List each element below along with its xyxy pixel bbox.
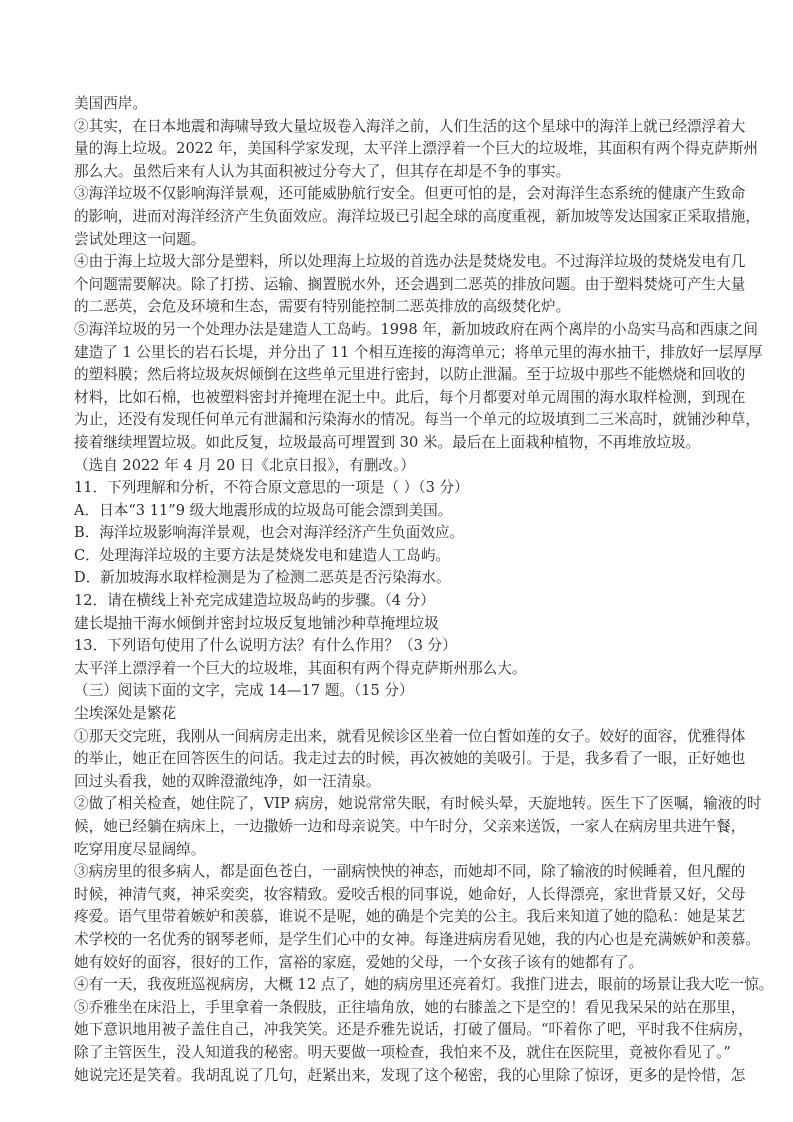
- paragraph-line: 材料，比如石棉，也被塑料密封并掩埋在泥土中。此后，每个月都要对单元周围的海水取样…: [74, 387, 724, 410]
- paragraph-line: 尝试处理这一问题。: [74, 229, 724, 252]
- paragraph-line: 回过头看我，她的双眸澄澈纯净，如一汪清泉。: [74, 771, 724, 794]
- question-11-option-b: B．海洋垃圾影响海洋景观，也会对海洋经济产生负面效应。: [74, 522, 724, 545]
- question-13-sentence: 太平洋上漂浮着一个巨大的垃圾堆，其面积有两个得克萨斯州那么大。: [74, 658, 724, 681]
- paragraph-line: 建造了 1 公里长的岩石长堤，并分出了 11 个相互连接的海湾单元；将单元里的海…: [74, 342, 724, 365]
- paragraph-line: 为止，还没有发现任何单元有泄漏和污染海水的情况。每当一个单元的垃圾填到二三米高时…: [74, 409, 724, 432]
- paragraph-line: 疼爱。语气里带着嫉妒和羡慕，谁说不是呢，她的确是个完美的公主。我后来知道了她的隐…: [74, 906, 724, 929]
- paragraph-line: 时候，神清气爽，神采奕奕，妆容精致。爱咬舌根的同事说，她命好，人长得漂亮，家世背…: [74, 884, 724, 907]
- paragraph-line: 术学校的一名优秀的钢琴老师，是学生们心中的女神。每逢进病房看见她，我的内心也是充…: [74, 929, 724, 952]
- paragraph-line: ④有一天，我夜班巡视病房，大概 12 点了，她的病房里还亮着灯。我推门进去，眼前…: [74, 974, 724, 997]
- paragraph-line: 那么大。虽然后来有人认为其面积被过分夸大了，但其存在却是不争的事实。: [74, 161, 724, 184]
- paragraph-line: 除了主管医生，没人知道我的秘密。明天要做一项检查，我怕来不及，就住在医院里，竟被…: [74, 1042, 724, 1065]
- paragraph-line: 候，她已经躺在病床上，一边撒娇一边和母亲说笑。中午时分，父亲来送饭，一家人在病房…: [74, 816, 724, 839]
- paragraph-line: 个问题需要解决。除了打捞、运输、搁置脱水外，还会遇到二恶英的排放问题。由于塑料焚…: [74, 274, 724, 297]
- paragraph-line: 的塑料膜；然后将垃圾灰烬倾倒在这些单元里进行密封，以防止泄漏。至于垃圾中那些不能…: [74, 364, 724, 387]
- paragraph-line: 吃穿用度尽显阔绰。: [74, 839, 724, 862]
- paragraph-line: ⑤海洋垃圾的另一个处理办法是建造人工岛屿。1998 年，新加坡政府在两个离岸的小…: [74, 319, 724, 342]
- paragraph-line: 的举止，她正在回答医生的问话。我走过去的时候，再次被她的美吸引。于是，我多看了一…: [74, 748, 724, 771]
- paragraph-line: ②其实，在日本地震和海啸导致大量垃圾卷入海洋之前，人们生活的这个星球中的海洋上就…: [74, 116, 724, 139]
- question-11-stem: 11．下列理解和分析，不符合原文意思的一项是（ ）（3 分）: [74, 477, 724, 500]
- paragraph-line: ②做了相关检查，她住院了，VIP 病房，她说常常失眠，有时候头晕，天旋地转。医生…: [74, 793, 724, 816]
- question-11-option-a: A．日本“3 11”9 级大地震形成的垃圾岛可能会漂到美国。: [74, 500, 724, 523]
- paragraph-line: 她有姣好的面容，很好的工作，富裕的家庭，爱她的父母，一个女孩子该有的她都有了。: [74, 952, 724, 975]
- paragraph-line: 量的海上垃圾。2022 年，美国科学家发现，太平洋上漂浮着一个巨大的垃圾堆，其面…: [74, 138, 724, 161]
- section-heading: （三）阅读下面的文字，完成 14—17 题。（15 分）: [74, 680, 724, 703]
- paragraph-line: 美国西岸。: [74, 93, 724, 116]
- paragraph-line: 接着继续埋置垃圾。如此反复，垃圾最高可埋置到 30 米。最后在上面栽种植物，不再…: [74, 432, 724, 455]
- paragraph-line: ④由于海上垃圾大部分是塑料，所以处理海上垃圾的首选办法是焚烧发电。不过海洋垃圾的…: [74, 251, 724, 274]
- source-citation: （选自 2022 年 4 月 20 日《北京日报》，有删改。）: [74, 455, 724, 478]
- paragraph-line: ③病房里的很多病人，都是面色苍白，一副病怏怏的神态，而她却不同，除了输液的时候睡…: [74, 861, 724, 884]
- paragraph-line: 她说完还是笑着。我胡乱说了几句，赶紧出来，发现了这个秘密，我的心里除了惊讶，更多…: [74, 1065, 724, 1088]
- question-12-answer: 建长堤抽干海水倾倒并密封垃圾反复地铺沙种草掩埋垃圾: [74, 613, 724, 636]
- paragraph-line: 的影响，进而对海洋经济产生负面效应。海洋垃圾已引起全球的高度重视，新加坡等发达国…: [74, 206, 724, 229]
- article-title: 尘埃深处是繁花: [74, 703, 724, 726]
- paragraph-line: ①那天交完班，我刚从一间病房走出来，就看见候诊区坐着一位白皙如莲的女子。姣好的面…: [74, 726, 724, 749]
- paragraph-line: ⑤乔雅坐在床沿上，手里拿着一条假肢，正往墙角放，她的右膝盖之下是空的！看见我呆呆…: [74, 997, 724, 1020]
- question-12-stem: 12．请在横线上补充完成建造垃圾岛屿的步骤。（4 分）: [74, 590, 724, 613]
- question-11-option-c: C．处理海洋垃圾的主要方法是焚烧发电和建造人工岛屿。: [74, 545, 724, 568]
- paragraph-line: 的二恶英，会危及环境和生态，需要有特别能控制二恶英排放的高级焚化炉。: [74, 296, 724, 319]
- paragraph-line: 她下意识地用被子盖住自己，冲我笑笑。还是乔雅先说话，打破了僵局。“吓着你了吧，平…: [74, 1019, 724, 1042]
- question-13-stem: 13．下列语句使用了什么说明方法？有什么作用？（3 分）: [74, 635, 724, 658]
- document-page: 美国西岸。 ②其实，在日本地震和海啸导致大量垃圾卷入海洋之前，人们生活的这个星球…: [74, 93, 724, 1087]
- question-11-option-d: D．新加坡海水取样检测是为了检测二恶英是否污染海水。: [74, 567, 724, 590]
- paragraph-line: ③海洋垃圾不仅影响海洋景观，还可能威胁航行安全。但更可怕的是，会对海洋生态系统的…: [74, 183, 724, 206]
